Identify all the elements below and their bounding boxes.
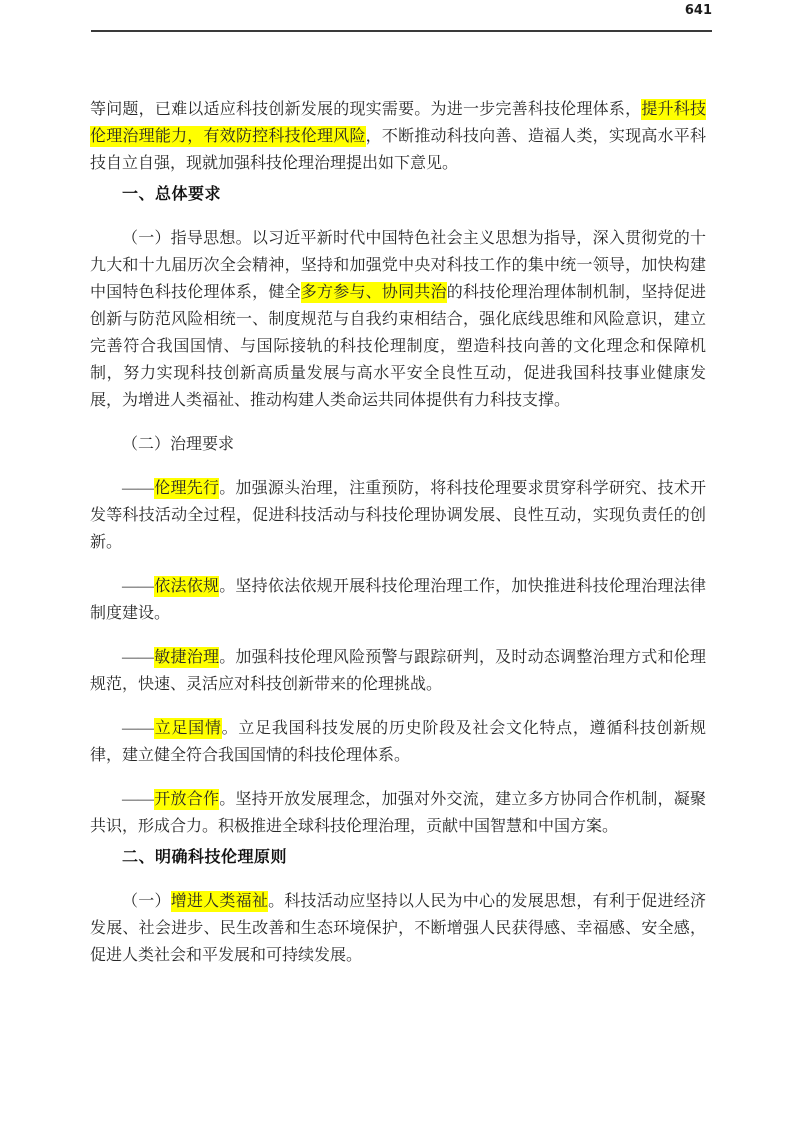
text-segment: 等问题，已难以适应科技创新发展的现实需要。为进一步完善科技伦理体系， <box>90 101 641 118</box>
text-segment: —— <box>122 720 154 737</box>
highlighted-text: 开放合作 <box>154 789 219 810</box>
header-rule <box>91 30 712 32</box>
highlighted-text: 敏捷治理 <box>154 647 219 668</box>
section-heading: 一、总体要求 <box>90 181 706 208</box>
text-segment: —— <box>122 578 154 595</box>
document-page: 641 等问题，已难以适应科技创新发展的现实需要。为进一步完善科技伦理体系，提升… <box>0 0 793 1122</box>
highlighted-text: 多方参与、协同共治 <box>301 282 447 303</box>
text-segment: —— <box>122 649 154 666</box>
text-segment: 一、总体要求 <box>122 186 221 203</box>
highlighted-text: 伦理先行 <box>154 478 219 499</box>
paragraph: ——依法依规。坚持依法依规开展科技伦理治理工作，加快推进科技伦理治理法律制度建设… <box>90 573 706 627</box>
text-segment: 二、明确科技伦理原则 <box>122 849 287 866</box>
text-segment: —— <box>122 480 154 497</box>
paragraph: ——敏捷治理。加强科技伦理风险预警与跟踪研判，及时动态调整治理方式和伦理规范，快… <box>90 644 706 698</box>
section-heading: 二、明确科技伦理原则 <box>90 844 706 871</box>
text-segment: —— <box>122 791 154 808</box>
paragraph: （二）治理要求 <box>90 431 706 458</box>
paragraph: ——立足国情。立足我国科技发展的历史阶段及社会文化特点，遵循科技创新规律，建立健… <box>90 715 706 769</box>
page-number: 641 <box>685 3 712 19</box>
highlighted-text: 依法依规 <box>154 576 219 597</box>
highlighted-text: 立足国情 <box>154 718 222 739</box>
paragraph: ——开放合作。坚持开放发展理念，加强对外交流，建立多方协同合作机制，凝聚共识，形… <box>90 786 706 840</box>
text-segment: （二）治理要求 <box>122 436 234 453</box>
document-content: 等问题，已难以适应科技创新发展的现实需要。为进一步完善科技伦理体系，提升科技伦理… <box>90 96 706 969</box>
paragraph: （一）增进人类福祉。科技活动应坚持以人民为中心的发展思想，有利于促进经济发展、社… <box>90 888 706 969</box>
highlighted-text: 增进人类福祉 <box>171 891 268 912</box>
paragraph: ——伦理先行。加强源头治理，注重预防，将科技伦理要求贯穿科学研究、技术开发等科技… <box>90 475 706 556</box>
paragraph: （一）指导思想。以习近平新时代中国特色社会主义思想为指导，深入贯彻党的十九大和十… <box>90 225 706 414</box>
text-segment: （一） <box>122 893 171 910</box>
paragraph: 等问题，已难以适应科技创新发展的现实需要。为进一步完善科技伦理体系，提升科技伦理… <box>90 96 706 177</box>
